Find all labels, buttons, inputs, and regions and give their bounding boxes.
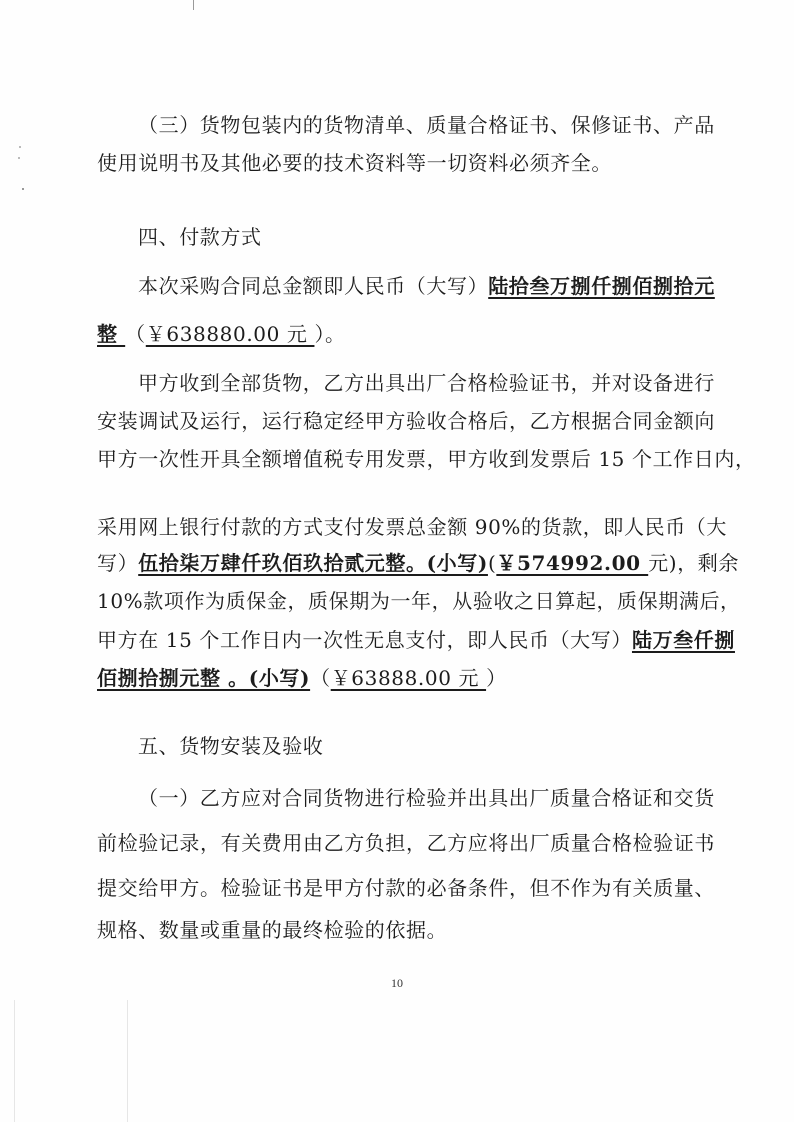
payment-line-8: 佰捌拾捌元整 。(小写)（￥63888.00 元 ） <box>97 666 507 690</box>
document-page: （三）货物包装内的货物清单、质量合格证书、保修证书、产品 使用说明书及其他必要的… <box>0 0 794 1122</box>
section-5-item-1-line-4: 规格、数量或重量的最终检验的依据。 <box>97 918 447 942</box>
payment-10-prefix: 甲方在 15 个工作日内一次性无息支付，即人民币（大写） <box>97 628 632 652</box>
scan-artifact-fold-line <box>127 1000 128 1122</box>
payment-line-3: 甲方一次性开具全额增值税专用发票，甲方收到发票后 15 个工作日内， <box>97 447 756 471</box>
total-amount-words-end: 整 <box>97 322 125 346</box>
section-5-item-1-line-3: 提交给甲方。检验证书是甲方付款的必备条件，但不作为有关质量、 <box>97 876 715 900</box>
section-3-item-line-1: （三）货物包装内的货物清单、质量合格证书、保修证书、产品 <box>138 113 715 137</box>
section-5-heading: 五、货物安装及验收 <box>138 734 323 758</box>
payment-line-5: 写）伍拾柒万肆仟玖佰玖拾贰元整。(小写)(￥574992.00 元)，剩余 <box>97 551 739 575</box>
section-4-heading: 四、付款方式 <box>138 225 262 249</box>
section-5-item-1-line-1: （一）乙方应对合同货物进行检验并出具出厂质量合格证和交货 <box>138 786 715 810</box>
scan-artifact-dot <box>18 157 20 159</box>
payment-10-amount-figure: ￥63888.00 元 <box>331 666 486 690</box>
total-amount-prefix: 本次采购合同总金额即人民币（大写） <box>138 274 488 298</box>
payment-10-amount-words-end: 佰捌拾捌元整 。(小写) <box>97 666 310 690</box>
total-amount-words: 陆拾叁万捌仟捌佰捌拾元 <box>488 274 715 298</box>
payment-90-suffix: 元)，剩余 <box>648 551 739 575</box>
payment-line-4: 采用网上银行付款的方式支付发票总金额 90%的货款，即人民币（大 <box>97 515 727 539</box>
page-number: 10 <box>0 976 794 991</box>
total-amount-line-2: 整 （￥638880.00 元 ）。 <box>97 322 346 346</box>
payment-10-open-paren: （ <box>310 666 331 690</box>
payment-line-6: 10%款项作为质保金，质保期为一年，从验收之日算起，质保期满后， <box>97 589 741 613</box>
payment-90-amount-words: 伍拾柒万肆仟玖佰玖拾贰元整。(小写) <box>138 551 488 575</box>
section-3-item-line-2: 使用说明书及其他必要的技术资料等一切资料必须齐全。 <box>97 151 612 175</box>
payment-line-7: 甲方在 15 个工作日内一次性无息支付，即人民币（大写）陆万叁仟捌 <box>97 628 735 652</box>
scan-artifact-dot <box>22 188 24 190</box>
scan-artifact-dot <box>19 146 21 148</box>
payment-10-amount-words: 陆万叁仟捌 <box>632 628 735 652</box>
scan-artifact-left-edge <box>14 1000 15 1122</box>
total-amount-figure: ￥638880.00 元 <box>146 322 315 346</box>
total-close-paren: ）。 <box>314 322 345 346</box>
scan-artifact-top-mark <box>193 0 194 10</box>
payment-10-close-paren: ） <box>486 666 507 690</box>
total-open-paren: （ <box>125 322 146 346</box>
payment-90-prefix: 写） <box>97 551 138 575</box>
payment-line-1: 甲方收到全部货物，乙方出具出厂合格检验证书，并对设备进行 <box>138 371 715 395</box>
payment-line-2: 安装调试及运行，运行稳定经甲方验收合格后，乙方根据合同金额向 <box>97 409 715 433</box>
payment-90-amount-figure: ￥574992.00 <box>496 551 648 575</box>
section-5-item-1-line-2: 前检验记录，有关费用由乙方负担，乙方应将出厂质量合格检验证书 <box>97 831 715 855</box>
total-amount-line-1: 本次采购合同总金额即人民币（大写）陆拾叁万捌仟捌佰捌拾元 <box>138 274 715 298</box>
